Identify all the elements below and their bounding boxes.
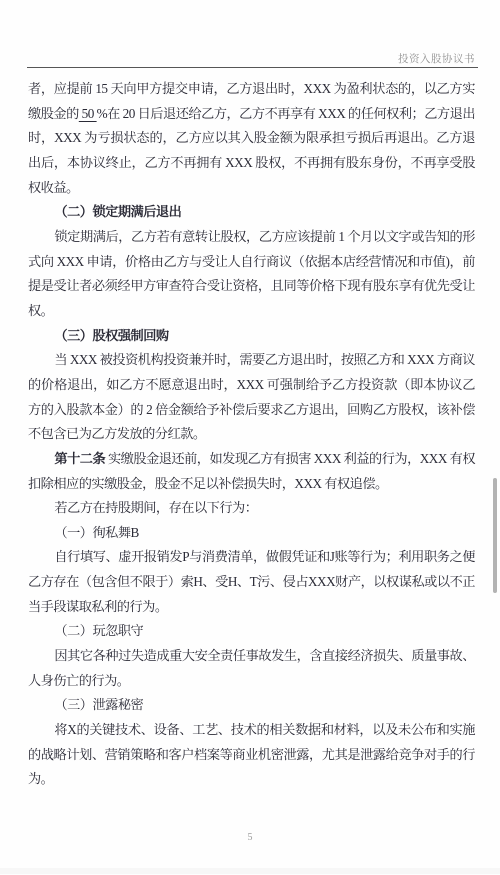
text-segment: 若乙方在持股期间，存在以下行为： (54, 500, 257, 515)
subheading-favoritism: （一）徇私舞B (28, 521, 475, 546)
header-rule (27, 67, 478, 68)
paragraph-forced-buyback: 当 XXX 被投资机构投资兼并时，需要乙方退出时，按照乙方和 XXX 方商议的价… (28, 348, 475, 447)
subheading-secrets: （三）泄露秘密 (28, 693, 475, 718)
text-segment: （三）泄露秘密 (54, 697, 143, 712)
page-number: 5 (0, 832, 500, 843)
paragraph-favoritism: 自行填写、虚开报销发P与消费清单，做假凭证和J账等行为；利用职务之便乙方存在（包… (28, 545, 475, 619)
heading-forced-buyback: （三）股权强制回购 (28, 324, 475, 349)
paragraph-negligence: 因其它各种过失造成重大安全责任事故发生，含直接经济损失、质量事故、人身伤亡的行为… (28, 644, 475, 693)
text-segment: （三）股权强制回购 (54, 328, 168, 343)
text-segment: （二）锁定期满后退出 (54, 204, 181, 219)
scrollbar-thumb[interactable] (493, 478, 497, 593)
text-segment: 当 XXX 被投资机构投资兼并时，需要乙方退出时，按照乙方和 XXX 方商议的价… (28, 352, 475, 441)
bottom-strip (0, 868, 500, 874)
text-segment: 第十二条 (54, 451, 105, 466)
text-segment: 锁定期满后，乙方若有意转让股权，乙方应该提前 1 个月以文字或告知的形式向 XX… (28, 229, 475, 318)
paragraph-lockup-exit: 锁定期满后，乙方若有意转让股权，乙方应该提前 1 个月以文字或告知的形式向 XX… (28, 225, 475, 324)
text-segment: 将X的关键技术、设备、工艺、技术的相关数据和材料，以及未公布和实施的战略计划、营… (28, 722, 475, 786)
document-body: 者，应提前 15 天向甲方提交申请，乙方退出时，XXX 为盈利状态的，以乙方实缴… (28, 77, 475, 792)
heading-lockup-exit: （二）锁定期满后退出 (28, 200, 475, 225)
text-segment: （一）徇私舞B (54, 525, 138, 540)
text-segment: 50 (79, 106, 97, 121)
text-segment: 自行填写、虚开报销发P与消费清单，做假凭证和J账等行为；利用职务之便乙方存在（包… (28, 549, 475, 613)
text-segment: （二）玩忽职守 (54, 623, 143, 638)
document-page: 投资入股协议书 者，应提前 15 天向甲方提交申请，乙方退出时，XXX 为盈利状… (0, 0, 500, 875)
document-header-title: 投资入股协议书 (398, 51, 475, 66)
paragraph-article-12: 第十二条 实缴股金退还前，如发现乙方有损害 XXX 利益的行为，XXX 有权扣除… (28, 447, 475, 496)
subheading-negligence: （二）玩忽职守 (28, 619, 475, 644)
paragraph-secrets: 将X的关键技术、设备、工艺、技术的相关数据和材料，以及未公布和实施的战略计划、营… (28, 718, 475, 792)
text-segment: 因其它各种过失造成重大安全责任事故发生，含直接经济损失、质量事故、人身伤亡的行为… (28, 648, 475, 688)
paragraph-holding-intro: 若乙方在持股期间，存在以下行为： (28, 496, 475, 521)
continued-paragraph: 者，应提前 15 天向甲方提交申请，乙方退出时，XXX 为盈利状态的，以乙方实缴… (28, 77, 475, 200)
